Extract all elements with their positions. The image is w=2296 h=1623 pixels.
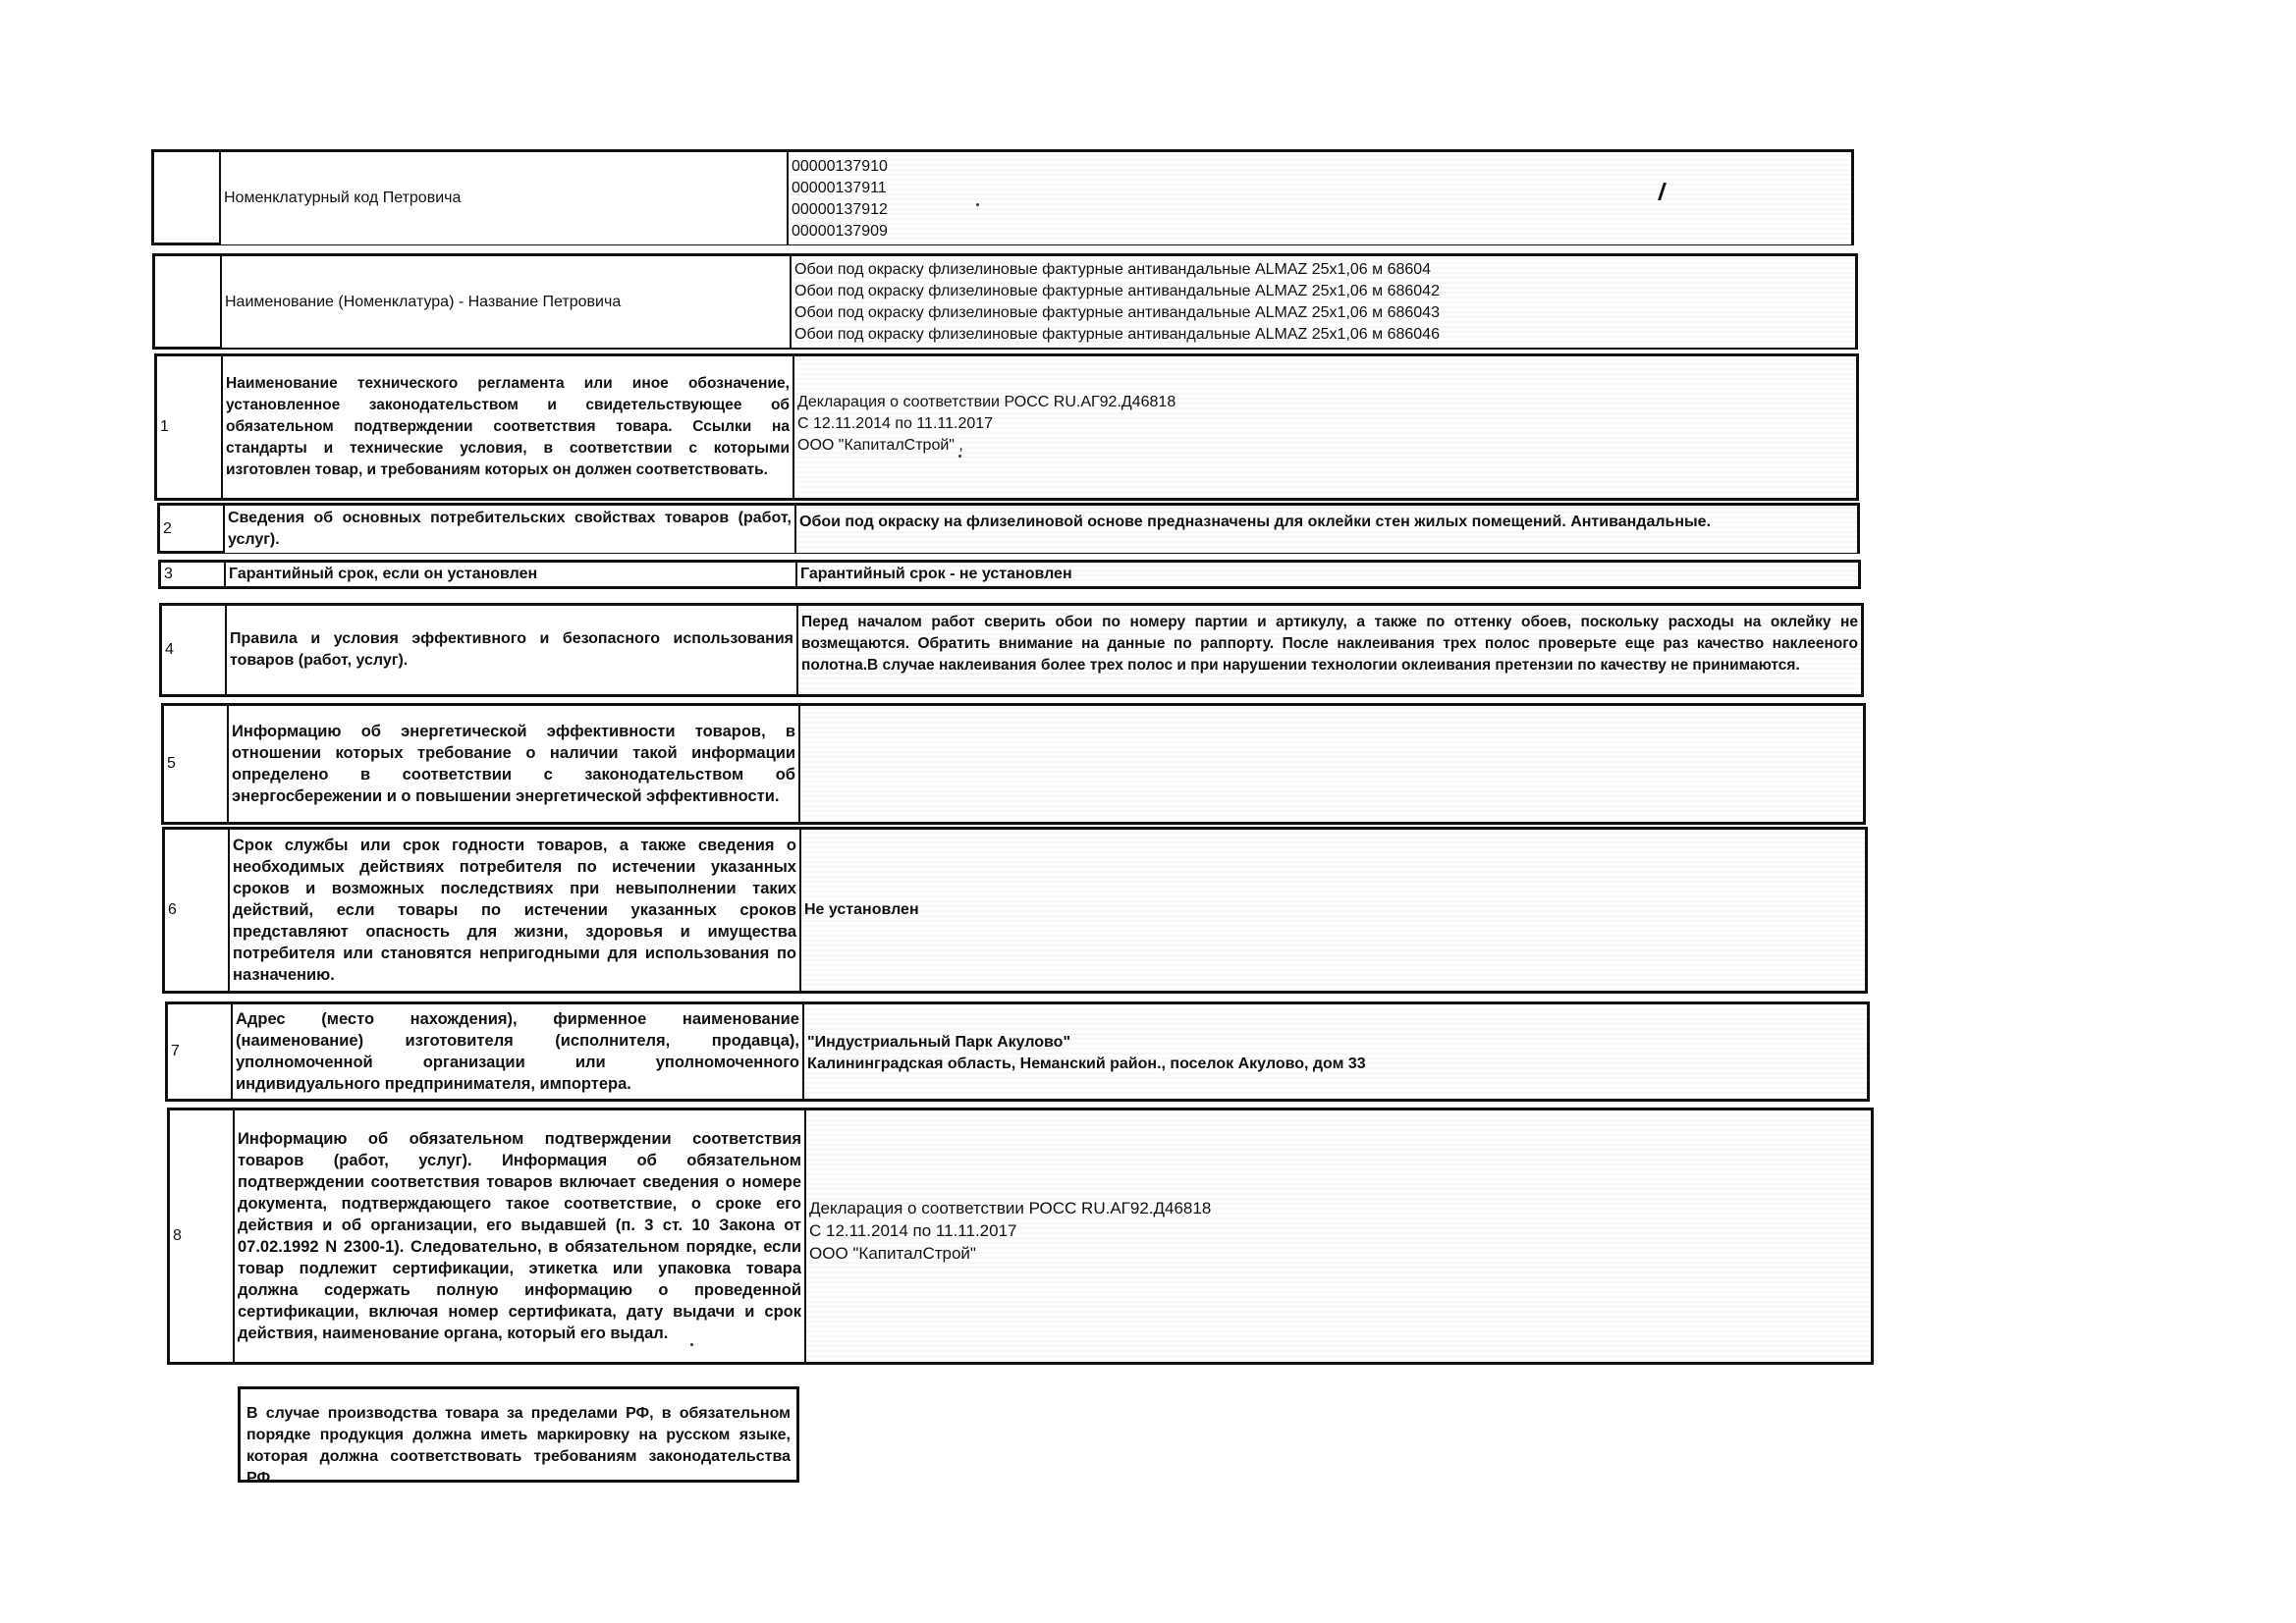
product-name: Обои под окраску флизелиновые фактурные … <box>794 324 1852 346</box>
row-label: Срок службы или срок годности товаров, а… <box>230 830 801 991</box>
declaration-issuer: ООО "КапиталСтрой" , <box>797 435 1853 457</box>
row-2-consumer-properties: 2 Сведения об основных потребительских с… <box>157 503 1860 554</box>
row-values: "Индустриальный Парк Акулово" Калинингра… <box>804 1004 1867 1099</box>
row-number: 6 <box>165 830 230 991</box>
product-name: Обои под окраску флизелиновые фактурные … <box>794 302 1852 324</box>
row-number-cell <box>154 152 221 244</box>
row-7-manufacturer-address: 7 Адрес (место нахождения), фирменное на… <box>165 1001 1870 1102</box>
manufacturer-address: Калининградская область, Неманский район… <box>807 1054 1864 1075</box>
row-3-warranty: 3 Гарантийный срок, если он установлен Г… <box>158 560 1861 589</box>
row-number: 8 <box>170 1110 235 1362</box>
nomenclature-name-label: Наименование (Номенклатура) - Название П… <box>222 256 792 348</box>
declaration-number: Декларация о соответствии РОСС RU.АГ92.Д… <box>797 392 1853 413</box>
nomenclature-code-block: Номенклатурный код Петровича 00000137910… <box>151 149 1854 245</box>
row-number: 1 <box>157 356 223 498</box>
scan-dot <box>958 455 961 458</box>
declaration-issuer: ООО "КапиталСтрой" <box>809 1242 1868 1265</box>
declaration-period: С 12.11.2014 по 11.11.2017 <box>797 413 1853 435</box>
row-value: Перед началом работ сверить обои по номе… <box>798 606 1861 694</box>
row-label: Информацию об обязательном подтверждении… <box>235 1110 806 1362</box>
code-value: 00000137912 <box>792 199 1848 221</box>
row-number: 7 <box>168 1004 233 1099</box>
row-label: Наименование технического регламента или… <box>223 356 794 498</box>
product-name: Обои под окраску флизелиновые фактурные … <box>794 259 1852 281</box>
nomenclature-code-label: Номенклатурный код Петровича <box>221 152 789 244</box>
code-value: 00000137909 <box>792 221 1848 243</box>
scan-dot <box>976 203 979 206</box>
manufacturer-name: "Индустриальный Парк Акулово" <box>807 1032 1864 1054</box>
row-number: 2 <box>160 506 225 553</box>
row-5-energy-efficiency: 5 Информацию об энергетической эффективн… <box>161 703 1866 825</box>
row-value: Обои под окраску на флизелиновой основе … <box>796 506 1857 553</box>
scan-dot <box>690 1343 693 1346</box>
declaration-period: С 12.11.2014 по 11.11.2017 <box>809 1219 1868 1242</box>
row-4-usage-rules: 4 Правила и условия эффективного и безоп… <box>159 603 1864 697</box>
row-values: Декларация о соответствии РОСС RU.АГ92.Д… <box>794 356 1856 498</box>
nomenclature-code-values: 00000137910 00000137911 00000137912 0000… <box>789 152 1851 244</box>
row-value: Гарантийный срок - не установлен <box>797 563 1858 586</box>
row-value: Не установлен <box>801 830 1865 991</box>
row-value-empty <box>800 706 1863 822</box>
code-value: 00000137910 <box>792 156 1848 178</box>
row-number: 3 <box>161 563 226 586</box>
nomenclature-name-block: Наименование (Номенклатура) - Название П… <box>152 253 1858 350</box>
row-label: Правила и условия эффективного и безопас… <box>227 606 798 694</box>
row-label: Сведения об основных потребительских сво… <box>225 506 796 553</box>
row-6-service-life: 6 Срок службы или срок годности товаров,… <box>162 827 1868 994</box>
row-number: 5 <box>164 706 229 822</box>
footnote-box: В случае производства товара за пределам… <box>238 1386 799 1483</box>
row-label: Адрес (место нахождения), фирменное наим… <box>233 1004 804 1099</box>
code-value: 00000137911 <box>792 178 1848 199</box>
declaration-number: Декларация о соответствии РОСС RU.АГ92.Д… <box>809 1197 1868 1219</box>
row-label: Гарантийный срок, если он установлен <box>226 563 797 586</box>
row-number-cell <box>155 256 222 348</box>
row-values: Декларация о соответствии РОСС RU.АГ92.Д… <box>806 1110 1871 1362</box>
row-1-tech-regulation: 1 Наименование технического регламента и… <box>154 353 1859 501</box>
row-number: 4 <box>162 606 227 694</box>
nomenclature-name-values: Обои под окраску флизелиновые фактурные … <box>792 256 1855 348</box>
row-label: Информацию об энергетической эффективнос… <box>229 706 800 822</box>
row-8-conformity-info: 8 Информацию об обязательном подтвержден… <box>167 1108 1874 1365</box>
product-name: Обои под окраску флизелиновые фактурные … <box>794 281 1852 302</box>
